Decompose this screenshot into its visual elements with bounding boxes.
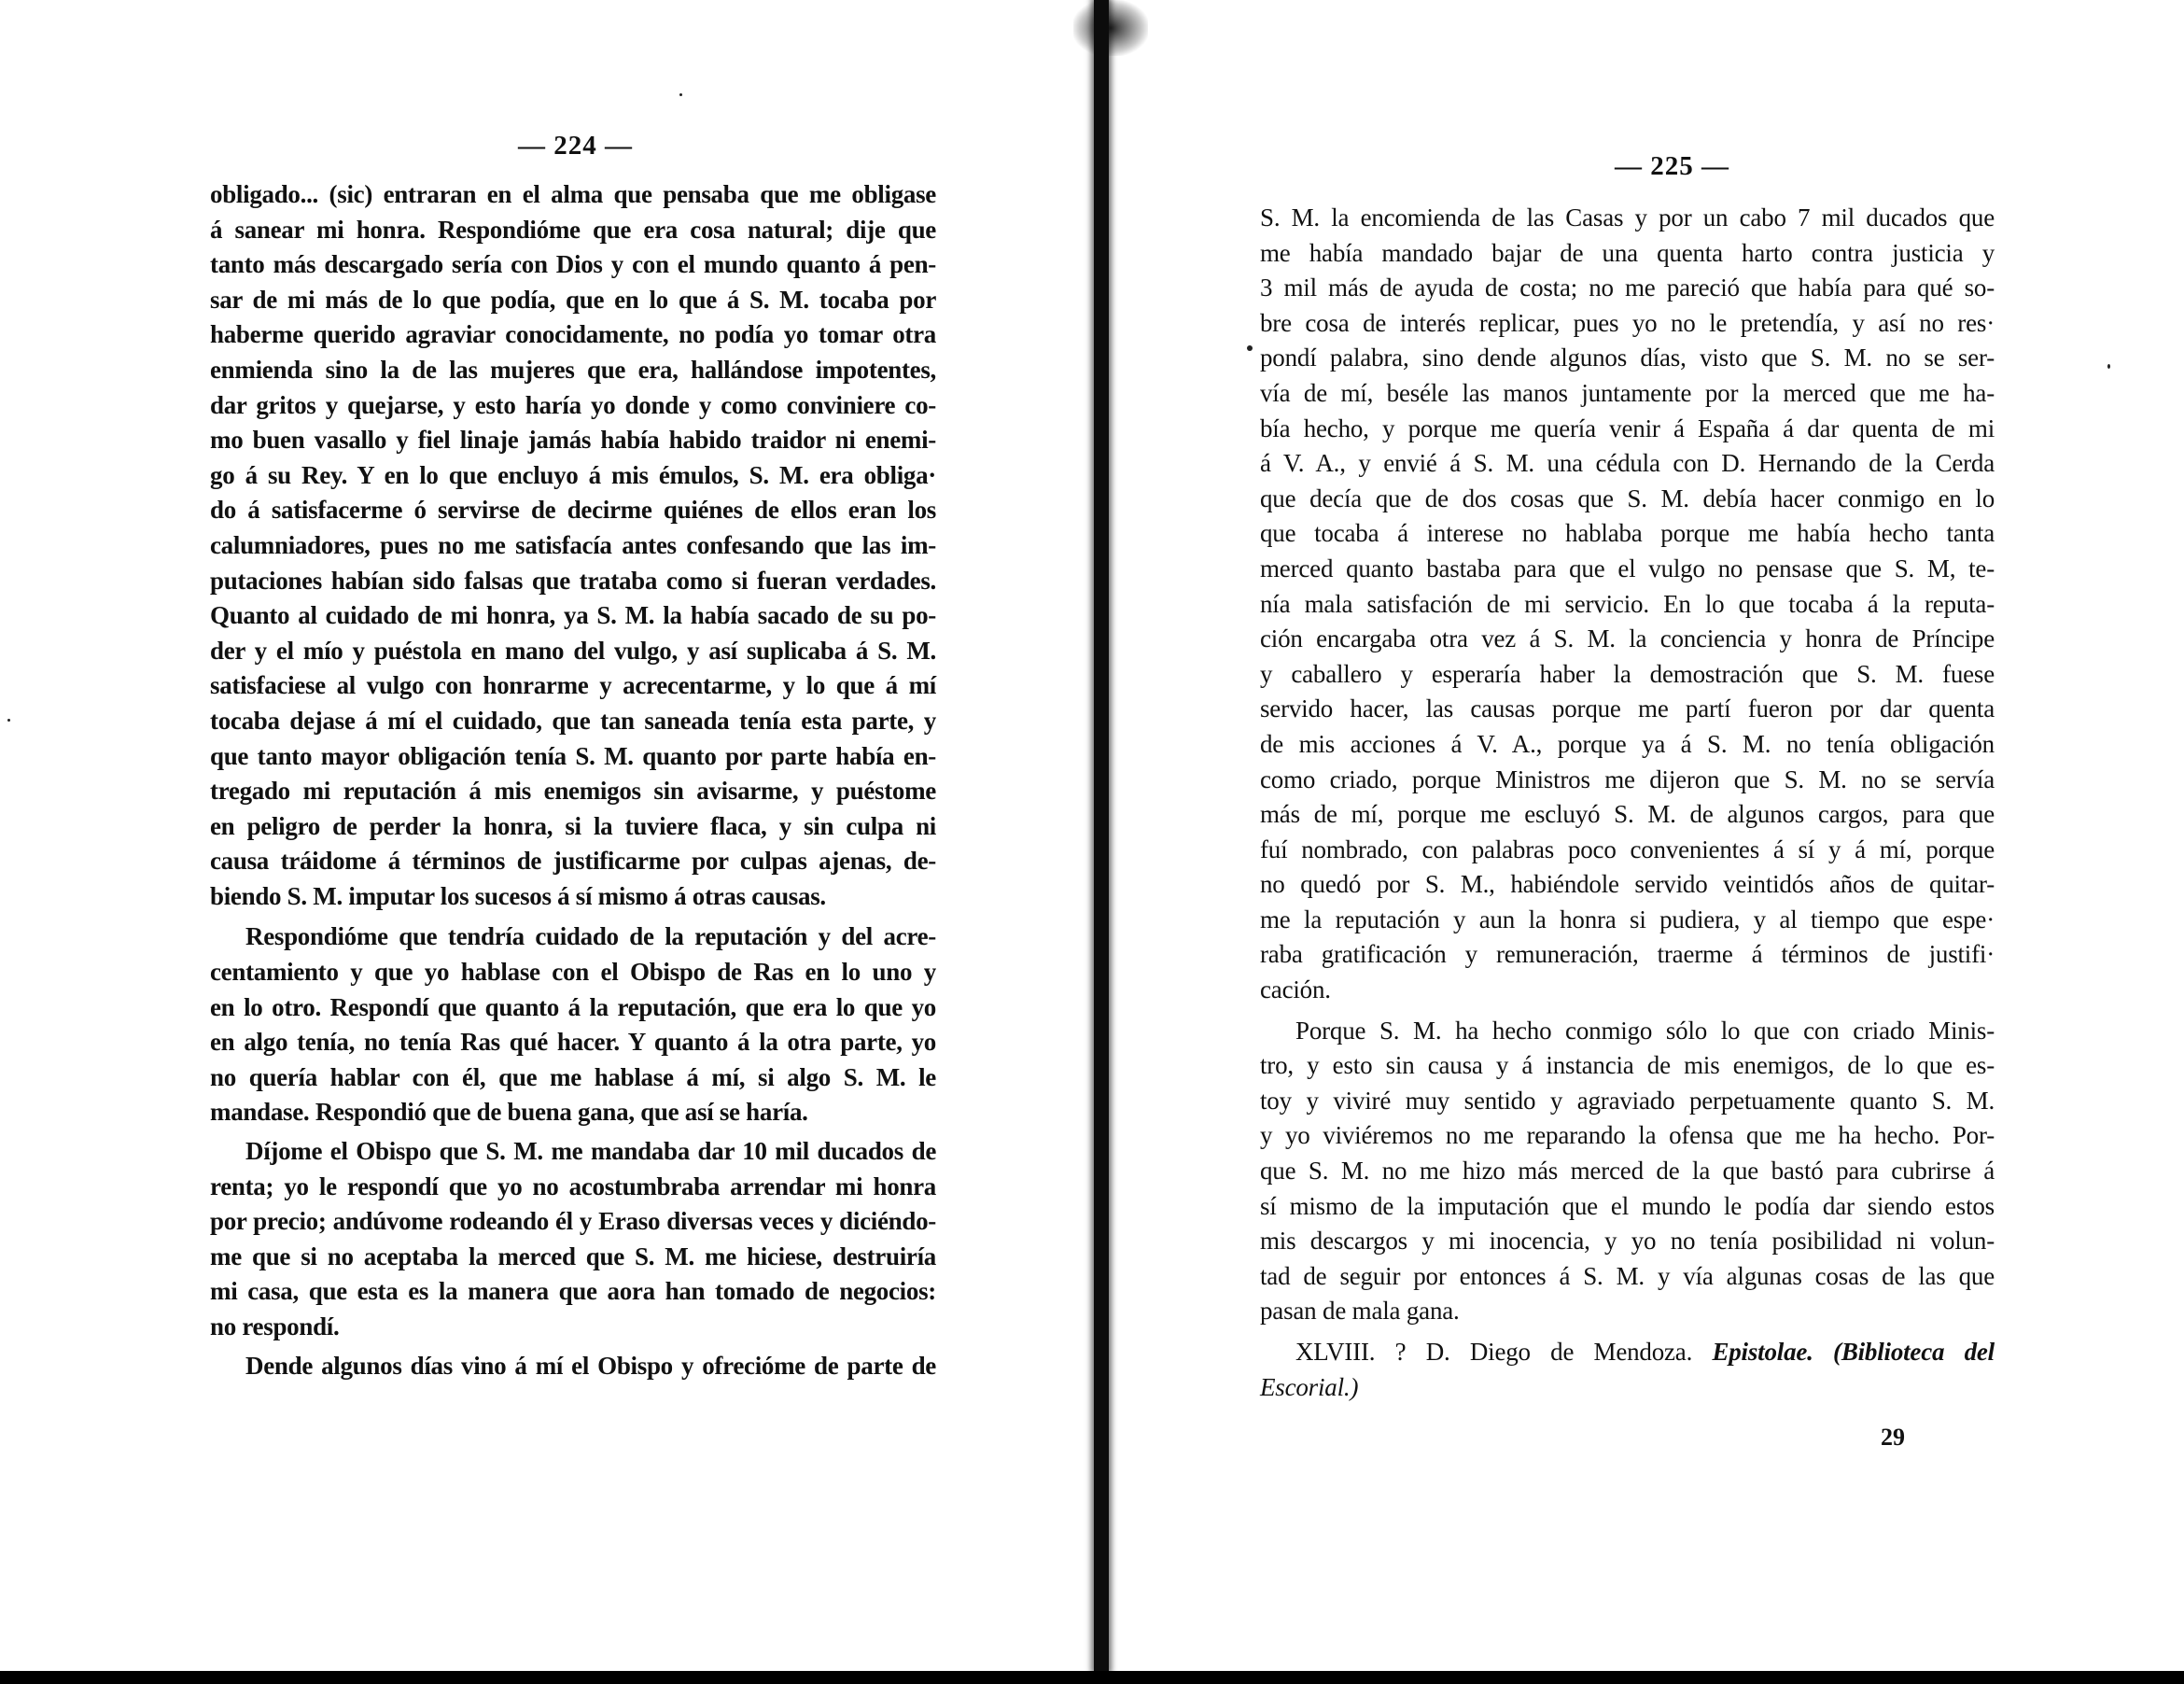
text-line: mo buen vasallo y fiel linaje jamás habí…: [210, 423, 936, 458]
text-line: toy y viviré muy sentido y agraviado per…: [1260, 1084, 1995, 1119]
text-line: á sanear mi honra. Respondióme que era c…: [210, 213, 936, 248]
text-line: á V. A., y envié á S. M. una cédula con …: [1260, 446, 1995, 482]
text-line: como criado, porque Ministros me dijeron…: [1260, 763, 1995, 798]
text-line: tregado mi reputación á mis enemigos sin…: [210, 774, 936, 809]
text-line: mi casa, que esta es la manera que aora …: [210, 1274, 936, 1310]
text-line: der y el mío y puéstola en mano del vulg…: [210, 634, 936, 669]
text-line: biendo S. M. imputar los sucesos á sí mi…: [210, 879, 936, 915]
book-binding-gutter: [1094, 0, 1109, 1671]
scan-speck: [2107, 364, 2110, 369]
text-line: en algo tenía, no tenía Ras qué hacer. Y…: [210, 1025, 936, 1060]
text-line: obligado... (sic) entraran en el alma qu…: [210, 177, 936, 213]
text-line: y yo viviéremos no me reparando la ofens…: [1260, 1118, 1995, 1154]
text-line: que decía que de dos cosas que S. M. deb…: [1260, 482, 1995, 517]
scan-speck: [1247, 345, 1253, 351]
text-line: y caballero y esperaría haber la demostr…: [1260, 657, 1995, 693]
text-line: mandase. Respondió que de buena gana, qu…: [210, 1095, 936, 1130]
text-line: mis descargos y mi inocencia, y yo no te…: [1260, 1224, 1995, 1259]
text-line: me que si no aceptaba la merced que S. M…: [210, 1240, 936, 1275]
text-line: vía de mí, beséle las manos juntamente p…: [1260, 376, 1995, 412]
text-line: nía mala satisfación de mi servicio. En …: [1260, 587, 1995, 623]
scan-bottom-edge: [0, 1671, 2184, 1684]
text-line: sar de mi más de lo que podía, que en lo…: [210, 283, 936, 318]
citation-line: XLVIII. ? D. Diego de Mendoza. Epistolae…: [1260, 1335, 1995, 1370]
text-line: de mis acciones á V. A., porque ya á S. …: [1260, 727, 1995, 763]
text-line: no respondí.: [210, 1310, 936, 1345]
text-line: haberme querido agraviar conocidamente, …: [210, 317, 936, 353]
text-line: pondí palabra, sino dende algunos días, …: [1260, 341, 1995, 376]
text-line: servido hacer, las causas porque me part…: [1260, 692, 1995, 727]
book-spread: — 224 — obligado... (sic) entraran en el…: [0, 0, 2184, 1684]
text-line: fuí nombrado, con palabras poco convenie…: [1260, 833, 1995, 868]
text-line: me había mandado bajar de una quenta har…: [1260, 236, 1995, 272]
text-line: dar gritos y quejarse, y esto haría yo d…: [210, 388, 936, 424]
text-line: renta; yo le respondí que yo no acostumb…: [210, 1170, 936, 1205]
text-line: putaciones habían sido falsas que tratab…: [210, 564, 936, 599]
text-line: en peligro de perder la honra, si la tuv…: [210, 809, 936, 845]
text-line: Quanto al cuidado de mi honra, ya S. M. …: [210, 598, 936, 634]
text-line: tocaba dejase á mí el cuidado, que tan s…: [210, 704, 936, 739]
text-line: merced quanto bastaba para que el vulgo …: [1260, 552, 1995, 587]
text-line: ción encargaba otra vez á S. M. la conci…: [1260, 622, 1995, 657]
text-line: centamiento y que yo hablase con el Obis…: [210, 955, 936, 990]
text-line: tro, y esto sin causa y á instancia de m…: [1260, 1048, 1995, 1084]
page-number-header-left: — 224 —: [518, 131, 633, 161]
text-line: go á su Rey. Y en lo que encluyo á mis é…: [210, 458, 936, 494]
text-line: por precio; andúvome rodeando él y Eraso…: [210, 1204, 936, 1240]
text-line: sí mismo de la imputación que el mundo l…: [1260, 1189, 1995, 1225]
text-line: más de mí, porque me escluyó S. M. de al…: [1260, 797, 1995, 833]
text-line: 3 mil más de ayuda de costa; no me parec…: [1260, 271, 1995, 306]
text-line: tad de seguir por entonces á S. M. y vía…: [1260, 1259, 1995, 1295]
citation-line-2: Escorial.): [1260, 1370, 1995, 1406]
text-line: enmienda sino la de las mujeres que era,…: [210, 353, 936, 388]
text-line: do á satisfacerme ó servirse de decirme …: [210, 493, 936, 528]
printer-signature-mark: 29: [1881, 1424, 1905, 1452]
page-number-header-right: — 225 —: [1615, 151, 1729, 182]
scan-speck: [7, 719, 10, 722]
citation-work-title: Epistolae.: [1712, 1338, 1813, 1366]
text-line: que tocaba á interese no hablaba porque …: [1260, 516, 1995, 552]
text-line: calumniadores, pues no me satisfacía ant…: [210, 528, 936, 564]
text-line: bre cosa de interés replicar, pues yo no…: [1260, 306, 1995, 342]
left-page: — 224 — obligado... (sic) entraran en el…: [0, 0, 1092, 1671]
right-page-text: S. M. la encomienda de las Casas y por u…: [1260, 201, 1995, 1405]
text-line: que tanto mayor obligación tenía S. M. q…: [210, 739, 936, 775]
text-line: no quería hablar con él, que me hablase …: [210, 1060, 936, 1096]
right-page: — 225 — S. M. la encomienda de las Casas…: [1115, 0, 2184, 1671]
scan-speck: [679, 93, 682, 96]
paragraph-start-line: Respondióme que tendría cuidado de la re…: [210, 919, 936, 955]
text-line: me la reputación y aun la honra si pudie…: [1260, 903, 1995, 938]
citation-library: (Biblioteca del: [1833, 1338, 1995, 1366]
left-page-text: obligado... (sic) entraran en el alma qu…: [210, 177, 936, 1383]
text-line: cación.: [1260, 973, 1995, 1008]
text-line: que S. M. no me hizo más merced de la qu…: [1260, 1154, 1995, 1189]
text-line: raba gratificación y remuneración, traer…: [1260, 937, 1995, 973]
paragraph-start-line: Dende algunos días vino á mí el Obispo y…: [210, 1349, 936, 1384]
text-line: pasan de mala gana.: [1260, 1294, 1995, 1329]
text-line: S. M. la encomienda de las Casas y por u…: [1260, 201, 1995, 236]
text-line: tanto más descargado sería con Dios y co…: [210, 247, 936, 283]
text-line: causa tráidome á términos de justificarm…: [210, 844, 936, 879]
text-line: bía hecho, y porque me quería venir á Es…: [1260, 412, 1995, 447]
text-line: satisfaciese al vulgo con honrarme y acr…: [210, 668, 936, 704]
citation-reference: XLVIII. ? D. Diego de Mendoza.: [1295, 1338, 1692, 1366]
paragraph-start-line: Porque S. M. ha hecho conmigo sólo lo qu…: [1260, 1014, 1995, 1049]
text-line: no quedó por S. M., habiéndole servido v…: [1260, 867, 1995, 903]
paragraph-start-line: Díjome el Obispo que S. M. me mandaba da…: [210, 1134, 936, 1170]
text-line: en lo otro. Respondí que quanto á la rep…: [210, 990, 936, 1026]
